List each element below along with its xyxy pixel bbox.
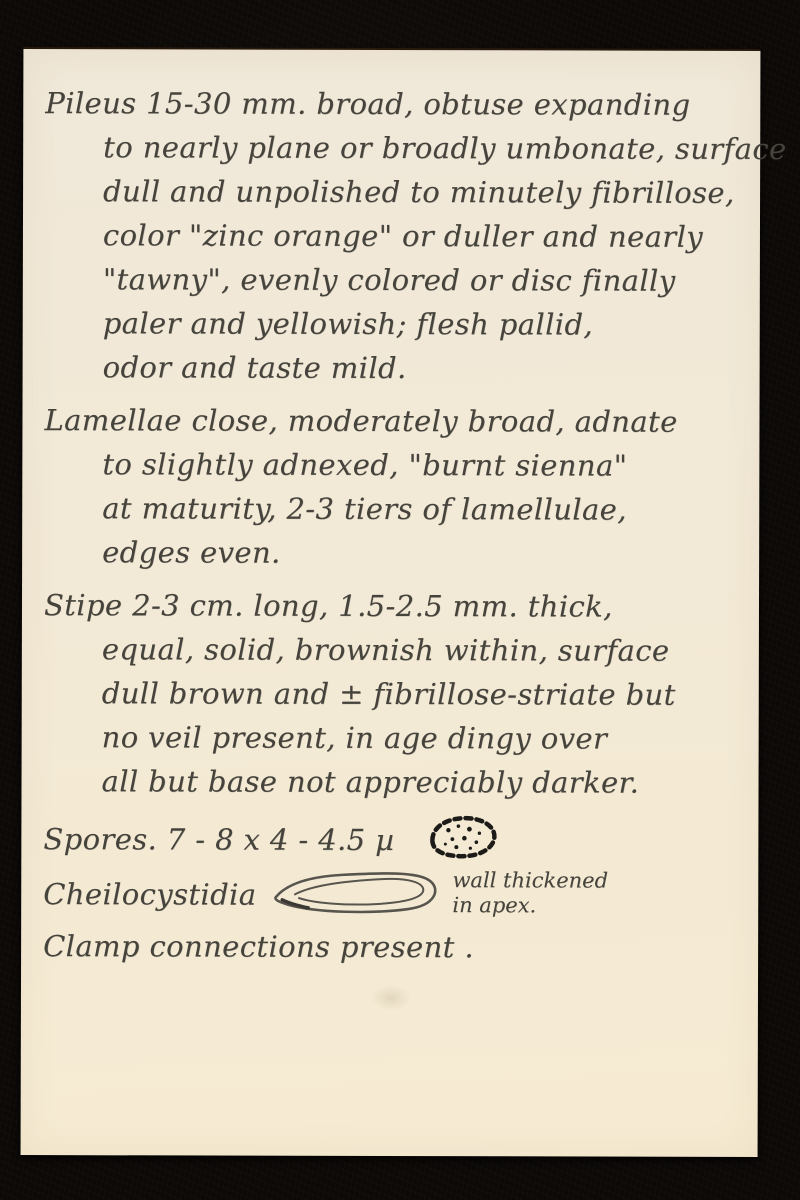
pileus-paragraph: Pileus 15-30 mm. broad, obtuse expanding… [45, 81, 747, 391]
annotation-line: in apex. [452, 893, 608, 918]
handwritten-line: to nearly plane or broadly umbonate, sur… [103, 125, 746, 171]
handwritten-line: color "zinc orange" or duller and nearly [103, 213, 746, 259]
handwritten-line: equal, solid, brownish within, surface [102, 627, 745, 673]
cheilocystidia-line: Cheilocystidia wall thickened in apex. [43, 866, 744, 924]
clamp-connections-line: Clamp connections present . [43, 924, 744, 970]
spore-sketch-icon [424, 814, 500, 860]
handwritten-line: Cheilocystidia [43, 872, 256, 917]
handwritten-line: odor and taste mild. [103, 345, 746, 391]
handwritten-line: "tawny", evenly colored or disc finally [103, 257, 746, 303]
handwritten-line: Lamellae close, moderately broad, adnate [44, 398, 745, 444]
handwritten-line: paler and yellowish; flesh pallid, [103, 301, 746, 347]
handwritten-line: edges even. [102, 530, 745, 576]
paper-smudge [371, 985, 411, 1011]
handwritten-line: to slightly adnexed, "burnt sienna" [102, 442, 745, 488]
handwritten-line: Spores. 7 - 8 x 4 - 4.5 µ [43, 817, 394, 862]
note-card: Pileus 15-30 mm. broad, obtuse expanding… [21, 49, 761, 1157]
handwritten-line: all but base not appreciably darker. [101, 759, 744, 805]
handwritten-line: dull and unpolished to minutely fibrillo… [103, 169, 746, 215]
handwritten-line: dull brown and ± fibrillose-striate but [102, 671, 745, 717]
annotation-note: wall thickened in apex. [452, 868, 608, 918]
handwritten-line: at maturity, 2-3 tiers of lamellulae, [102, 486, 745, 532]
annotation-line: wall thickened [452, 868, 608, 893]
spores-line: Spores. 7 - 8 x 4 - 4.5 µ [43, 812, 744, 868]
handwritten-line: Pileus 15-30 mm. broad, obtuse expanding [45, 81, 746, 127]
handwritten-line: Stipe 2-3 cm. long, 1.5-2.5 mm. thick, [44, 583, 745, 629]
lamellae-paragraph: Lamellae close, moderately broad, adnate… [44, 398, 745, 576]
cheilocystidium-sketch-icon [272, 867, 442, 919]
photo-background: { "page": { "background_color": "#0c0907… [0, 0, 800, 1200]
stipe-paragraph: Stipe 2-3 cm. long, 1.5-2.5 mm. thick, e… [43, 583, 745, 805]
handwritten-line: no veil present, in age dingy over [102, 715, 745, 761]
